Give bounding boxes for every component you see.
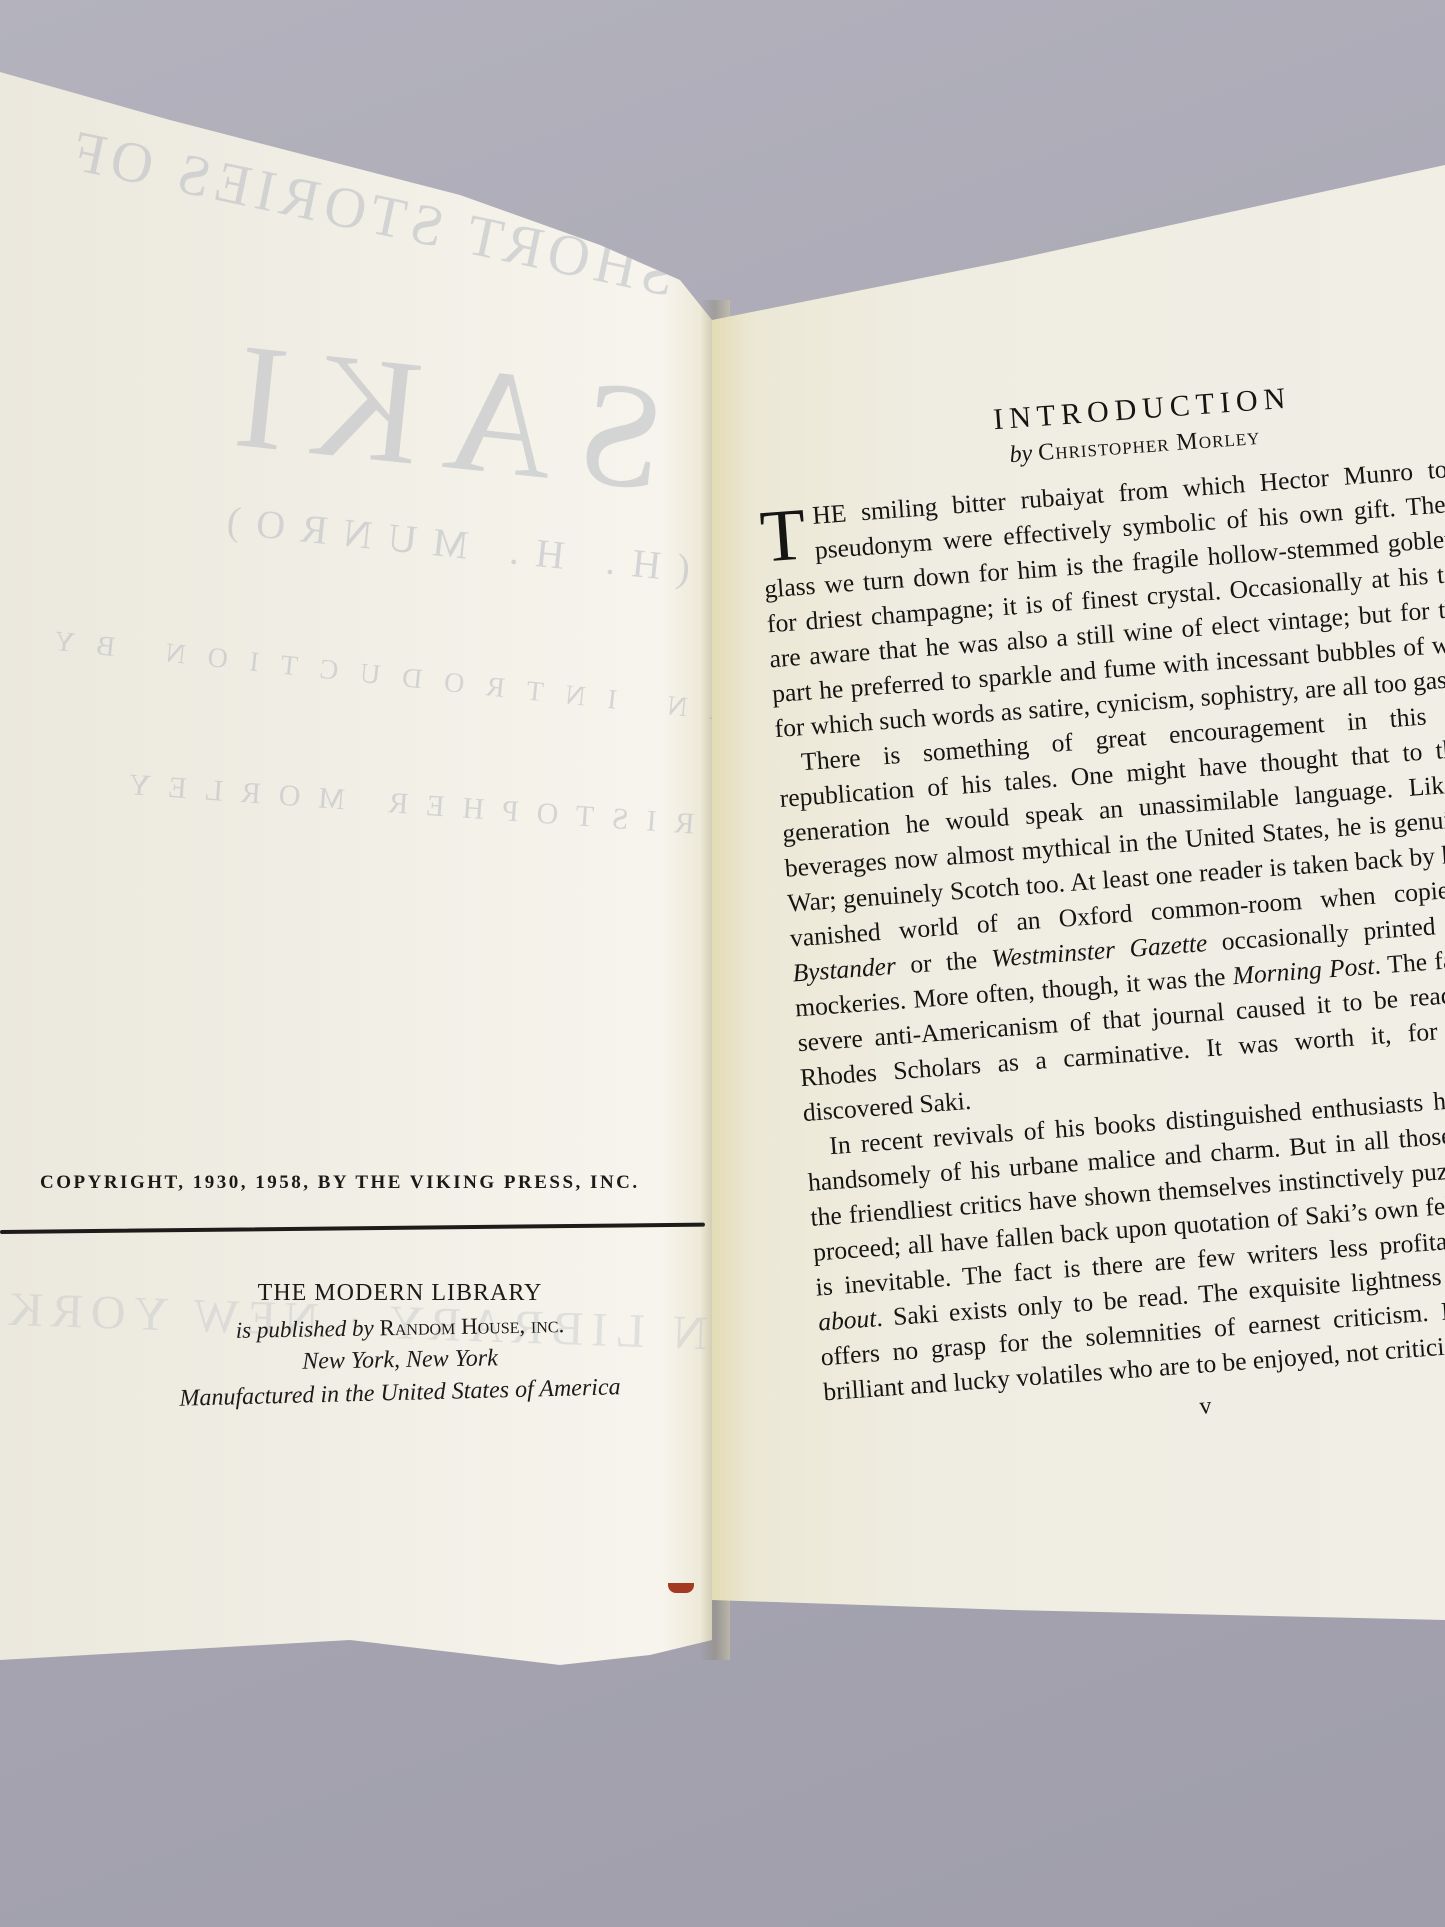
divider-rule [0, 1223, 705, 1234]
left-page: THE SHORT STORIES OF SAKI (H. H. MUNRO) … [0, 0, 720, 1927]
drop-cap: T [758, 504, 807, 567]
colophon-manufactured: Manufactured in the United States of Ame… [120, 1373, 681, 1415]
paragraph: In recent revivals of his books distingu… [804, 1074, 1445, 1409]
show-through-title: SAKI [202, 307, 672, 526]
paragraph: THE smiling bitter rubaiyat from which H… [758, 446, 1445, 746]
paragraph: There is something of great encouragemen… [776, 690, 1445, 1130]
red-cover-edge [668, 1583, 694, 1593]
introduction-text: INTRODUCTION by Christopher Morley THE s… [752, 364, 1445, 1452]
paragraph-text: HE smiling bitter rubaiyat from which He… [763, 449, 1445, 743]
publisher-name: Random House, inc. [379, 1312, 564, 1340]
copyright-notice: COPYRIGHT, 1930, 1958, BY THE VIKING PRE… [40, 1172, 640, 1194]
book-photo: THE SHORT STORIES OF SAKI (H. H. MUNRO) … [0, 0, 1445, 1927]
colophon: THE MODERN LIBRARY is published by Rando… [120, 1280, 680, 1407]
publisher-prefix: is published by [236, 1315, 380, 1343]
italic-title: Morning Post [1232, 951, 1376, 990]
byline-by: by [1009, 441, 1033, 469]
paragraph-text: or the [895, 944, 993, 980]
italic-title: Bystander [792, 951, 897, 987]
colophon-city: New York, New York [120, 1342, 680, 1379]
colophon-publisher: is published by Random House, inc. [120, 1310, 680, 1346]
italic-word: about [817, 1303, 877, 1336]
colophon-imprint: THE MODERN LIBRARY [120, 1280, 680, 1307]
show-through-line: CHRISTOPHER MORLEY [110, 767, 773, 847]
